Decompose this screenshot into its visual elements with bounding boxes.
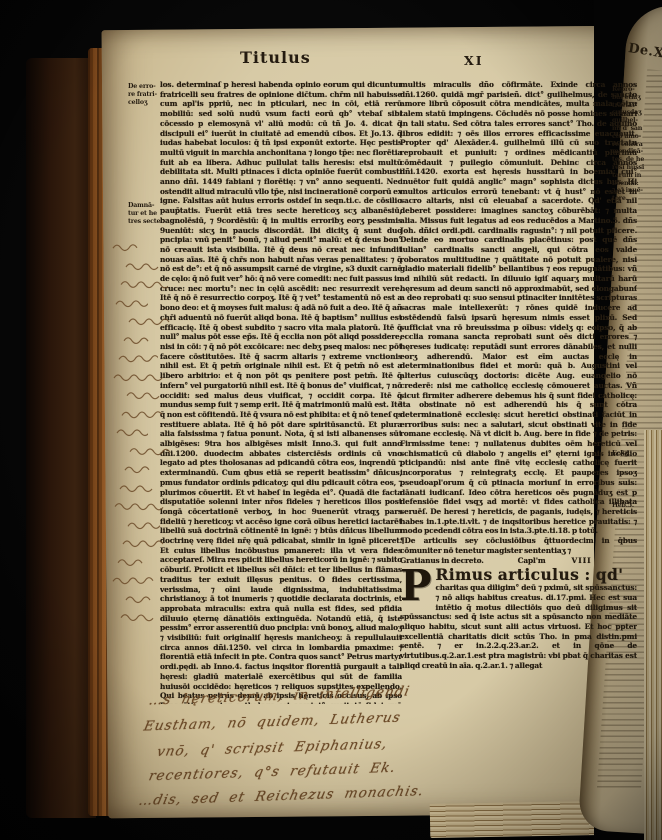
article-initial-drop-cap: P: [400, 568, 431, 604]
marginalia-scribble: [128, 314, 172, 333]
margin-note-line: tractat°: [612, 102, 642, 110]
marginalia-scribble: [120, 277, 168, 297]
marginalia-scribble: [127, 517, 162, 537]
margin-note-line: cto amo-: [612, 133, 642, 141]
marginalia-scribble: [125, 259, 162, 278]
margin-note-line: celloʒ: [128, 99, 162, 107]
margin-note-line: tore.: [612, 195, 642, 203]
margin-note-line: Repro-: [612, 86, 642, 94]
margin-note-line: re fratri-: [128, 91, 162, 99]
margin-note-line: tres secte: [128, 218, 162, 226]
margin-note-eck: Eckʒ.: [612, 450, 642, 458]
margin-note-reprobatur: Repro-baſ etiaʒtractat°cuiusdaʒguilhel-m…: [612, 86, 642, 203]
margin-note-line: De erro-: [128, 83, 162, 91]
margin-note-line: tes. de he: [612, 156, 642, 164]
margin-note-line: guilhel-: [612, 117, 642, 125]
margin-note-heb: Heb.5.: [612, 502, 642, 510]
margin-note-line: re contra: [612, 141, 642, 149]
margin-note-line: ⁊ e° inuē-: [612, 187, 642, 195]
marginalia-scribble: [124, 462, 152, 481]
article-text: charitas qua diligim° deū ⁊ pximū, sit s…: [400, 583, 637, 670]
photo-canvas: De.X Titulus XI De erro-re fratri-celloʒ…: [0, 0, 662, 840]
section-heading: ¶De articulis sey cōclusiōibus q̄ttuorde…: [400, 536, 637, 555]
fore-edge-strips: [644, 430, 662, 840]
marginalia-scribble: [119, 481, 158, 500]
marginalia-scribble: [116, 425, 148, 444]
marginalia-scribble: [120, 610, 158, 630]
marginalia-scribble: [114, 499, 164, 519]
article-paragraph: PRimus articulus : qd' charitas qua dili…: [400, 566, 637, 670]
left-column-text: los. determinaſ p heresi habenda opinio …: [160, 80, 402, 704]
margin-note-line: tur et he: [128, 210, 162, 218]
page-number: XI: [464, 53, 484, 68]
marginalia-scribble: [118, 351, 158, 371]
marginalia-scribble: [122, 536, 168, 555]
margin-note-line: mi d' san: [612, 125, 642, 133]
article-heading: Rimus articulus : qd': [435, 565, 623, 584]
marginalia-scribble: [117, 554, 148, 574]
marginalia-scribble: [113, 370, 164, 389]
margin-note-de-errore: De erro-re fratri-celloʒ: [128, 83, 162, 106]
marginalia-scribble: [121, 406, 168, 426]
marginalia-scribble: [112, 240, 138, 259]
marginalia-scribble: [112, 573, 154, 593]
margin-note-line: Damnā-: [128, 202, 162, 210]
marginalia-scribble: [125, 592, 152, 611]
right-column: multis miraculis dño cōfirmāte. Exinde c…: [400, 80, 637, 732]
margin-note-line: baſ etiaʒ: [612, 94, 642, 102]
margin-note-line: tarum in: [612, 172, 642, 180]
book-cover-edge: [26, 58, 96, 818]
margin-note-line: boemia:: [612, 180, 642, 188]
margin-note-line: mendicā-: [612, 148, 642, 156]
marginalia-scribble: [126, 388, 162, 408]
running-title: Titulus: [240, 48, 311, 67]
margin-note-line: cuiusdaʒ: [612, 109, 642, 117]
margin-note-line: resi hussi: [612, 164, 642, 172]
marginalia-scribble: [123, 332, 152, 352]
marginalia-scribble: [129, 443, 172, 463]
margin-note-damnatur: Damnā-tur et hetres secte: [128, 202, 162, 225]
right-column-text: multis miraculis dño cōfirmāte. Exinde c…: [400, 80, 637, 536]
marginalia-scribble: [115, 295, 148, 315]
